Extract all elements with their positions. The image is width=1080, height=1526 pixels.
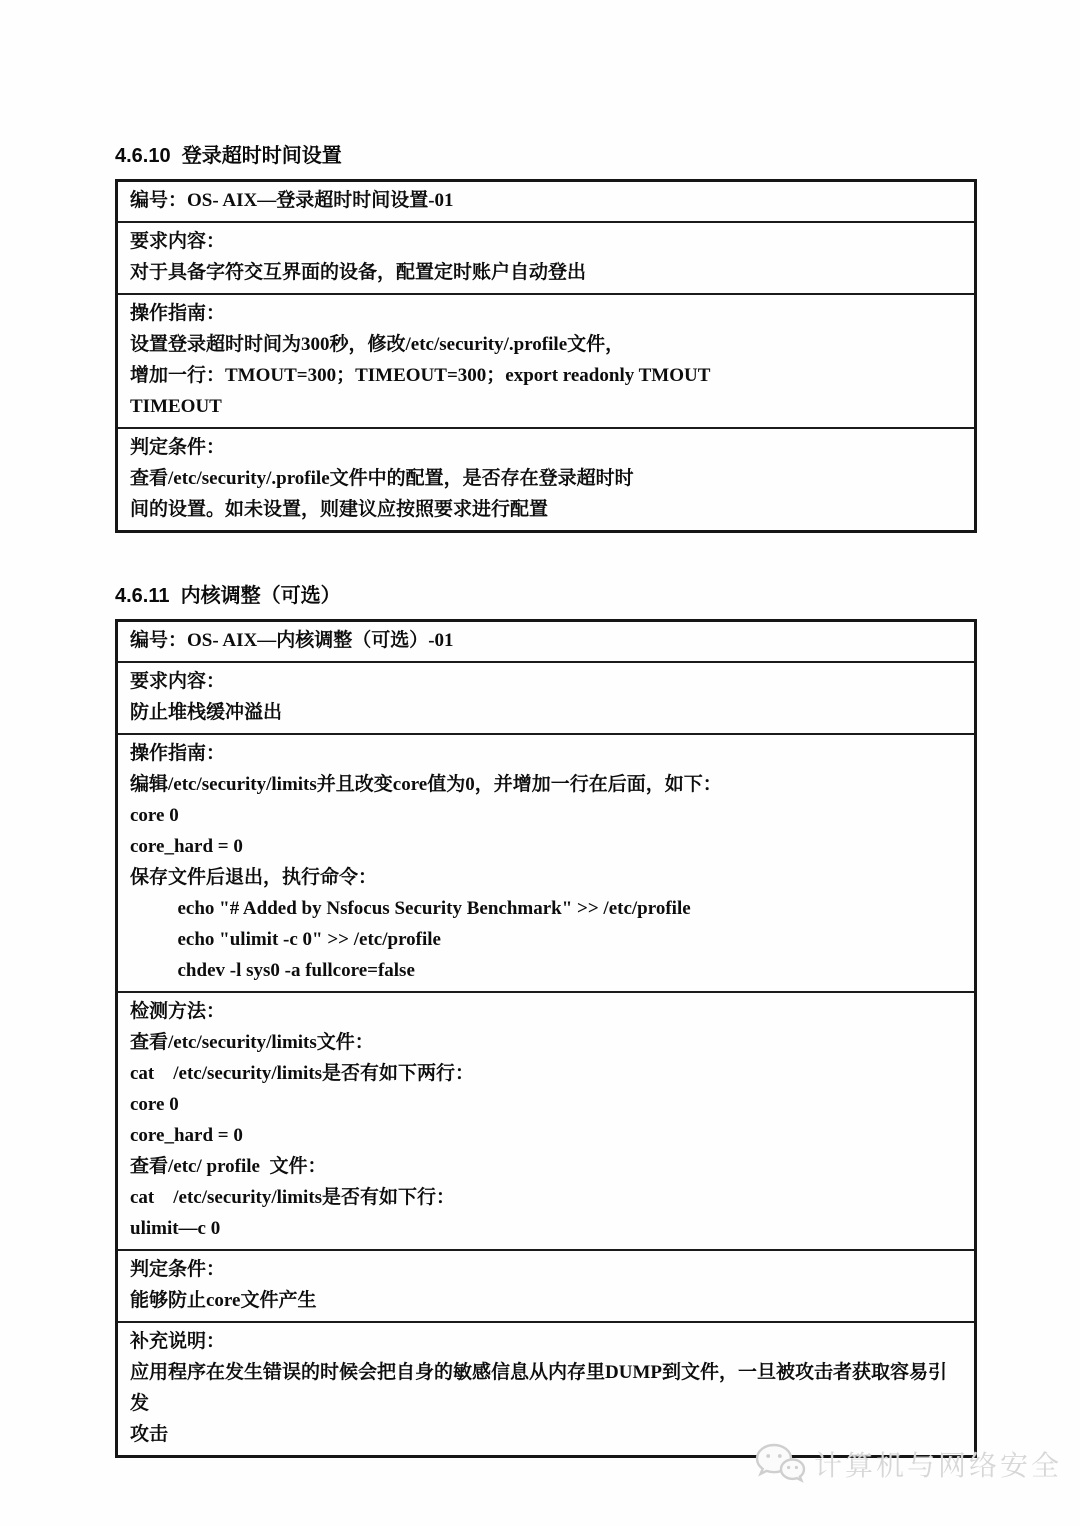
- cell-line: 检测方法：: [130, 996, 962, 1027]
- cell-line: ulimit—c 0: [130, 1213, 962, 1244]
- cell-line: 编辑/etc/security/limits并且改变core值为0，并增加一行在…: [130, 769, 962, 800]
- cell-line: 要求内容：: [130, 666, 962, 697]
- cell-line: 间的设置。如未设置，则建议应按照要求进行配置: [130, 494, 962, 525]
- cell-line: 防止堆栈缓冲溢出: [130, 697, 962, 728]
- row-operation-guide: 操作指南： 编辑/etc/security/limits并且改变core值为0，…: [118, 733, 974, 991]
- spec-table: 编号：OS- AIX—登录超时时间设置-01 要求内容： 对于具备字符交互界面的…: [115, 179, 977, 533]
- cell-line: cat /etc/security/limits是否有如下行：: [130, 1182, 962, 1213]
- cell-line: core_hard = 0: [130, 1120, 962, 1151]
- document-page: 4.6.10 登录超时时间设置 编号：OS- AIX—登录超时时间设置-01 要…: [115, 0, 977, 1458]
- cell-line: 要求内容：: [130, 226, 962, 257]
- cell-line: 编号：OS- AIX—登录超时时间设置-01: [130, 185, 962, 216]
- footer-brand-text: 计算机与网络安全: [814, 1444, 1062, 1484]
- cell-line: cat /etc/security/limits是否有如下两行：: [130, 1058, 962, 1089]
- row-requirement: 要求内容： 对于具备字符交互界面的设备，配置定时账户自动登出: [118, 221, 974, 293]
- cell-line: 操作指南：: [130, 298, 962, 329]
- row-number: 编号：OS- AIX—内核调整（可选）-01: [118, 622, 974, 661]
- cell-line: 补充说明：: [130, 1326, 962, 1357]
- cell-line: 判定条件：: [130, 1254, 962, 1285]
- wechat-icon: [754, 1443, 806, 1485]
- cell-line: 保存文件后退出，执行命令：: [130, 862, 962, 893]
- row-detection-method: 检测方法： 查看/etc/security/limits文件： cat /etc…: [118, 991, 974, 1249]
- row-judgment-condition: 判定条件： 能够防止core文件产生: [118, 1249, 974, 1321]
- cell-line: 查看/etc/security/limits文件：: [130, 1027, 962, 1058]
- cell-line: 判定条件：: [130, 432, 962, 463]
- cell-line: 查看/etc/security/.profile文件中的配置，是否存在登录超时时: [130, 463, 962, 494]
- cell-line: 设置登录超时时间为300秒，修改/etc/security/.profile文件…: [130, 329, 962, 360]
- cell-line-command: echo "# Added by Nsfocus Security Benchm…: [130, 893, 962, 924]
- spec-table: 编号：OS- AIX—内核调整（可选）-01 要求内容： 防止堆栈缓冲溢出 操作…: [115, 619, 977, 1458]
- cell-line: 查看/etc/ profile 文件：: [130, 1151, 962, 1182]
- row-supplement: 补充说明： 应用程序在发生错误的时候会把自身的敏感信息从内存里DUMP到文件，一…: [118, 1321, 974, 1455]
- cell-line: 对于具备字符交互界面的设备，配置定时账户自动登出: [130, 257, 962, 288]
- cell-line: 操作指南：: [130, 738, 962, 769]
- cell-line-command: echo "ulimit -c 0" >> /etc/profile: [130, 924, 962, 955]
- cell-line: core 0: [130, 800, 962, 831]
- cell-line: 编号：OS- AIX—内核调整（可选）-01: [130, 625, 962, 656]
- cell-line: 增加一行：TMOUT=300；TIMEOUT=300；export readon…: [130, 360, 962, 391]
- row-judgment-condition: 判定条件： 查看/etc/security/.profile文件中的配置，是否存…: [118, 427, 974, 530]
- section-heading: 4.6.11 内核调整（可选）: [115, 583, 977, 609]
- row-operation-guide: 操作指南： 设置登录超时时间为300秒，修改/etc/security/.pro…: [118, 293, 974, 427]
- cell-line: core 0: [130, 1089, 962, 1120]
- cell-line: 能够防止core文件产生: [130, 1285, 962, 1316]
- cell-line: core_hard = 0: [130, 831, 962, 862]
- row-requirement: 要求内容： 防止堆栈缓冲溢出: [118, 661, 974, 733]
- row-number: 编号：OS- AIX—登录超时时间设置-01: [118, 182, 974, 221]
- cell-line: TIMEOUT: [130, 391, 962, 422]
- cell-line-command: chdev -l sys0 -a fullcore=false: [130, 955, 962, 986]
- footer-watermark: 计算机与网络安全: [754, 1443, 1062, 1485]
- cell-line: 应用程序在发生错误的时候会把自身的敏感信息从内存里DUMP到文件，一旦被攻击者获…: [130, 1357, 962, 1419]
- section-heading: 4.6.10 登录超时时间设置: [115, 143, 977, 169]
